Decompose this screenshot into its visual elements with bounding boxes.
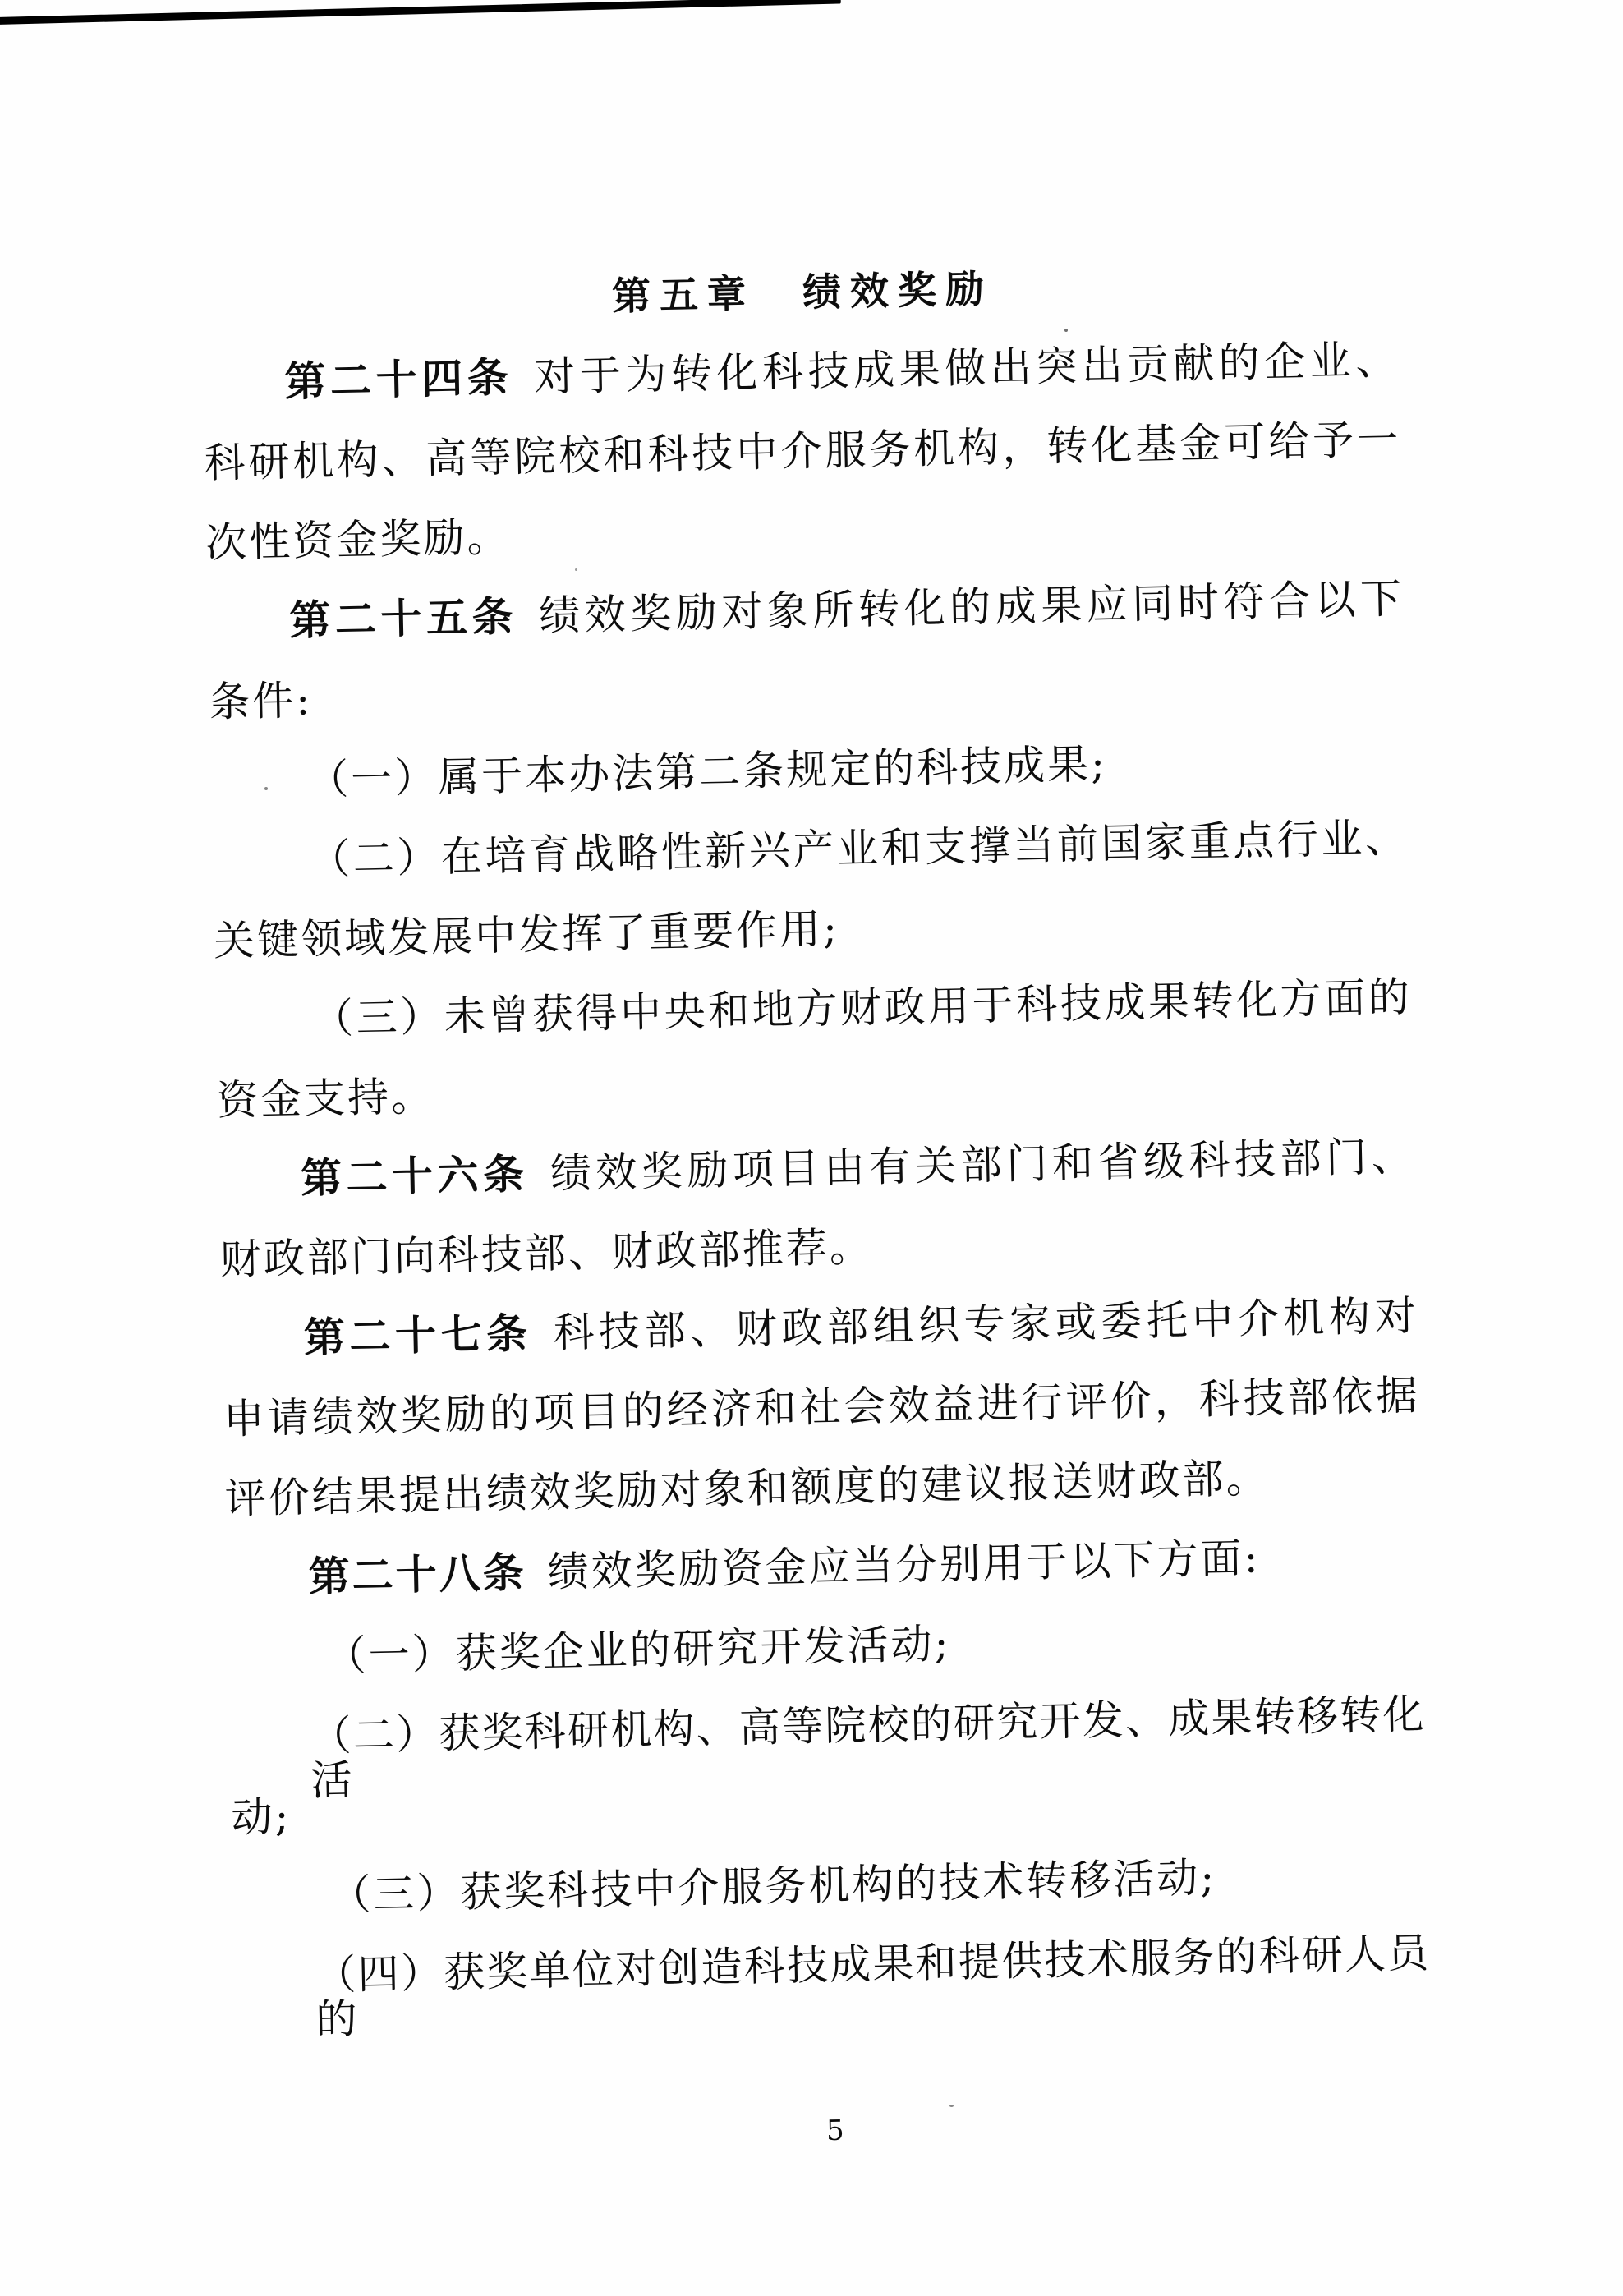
- line-text: 科技部、财政部组织专家或委托中介机构对: [553, 1292, 1417, 1357]
- line-text: 绩效奖励项目由有关部门和省级科技部门、: [549, 1133, 1414, 1198]
- line-text: （一）属于本办法第二条规定的科技成果;: [307, 740, 1108, 804]
- line-text: （一）获奖企业的研究开发活动;: [324, 1620, 951, 1680]
- line-text: 财政部门向科技部、财政部推荐。: [219, 1223, 873, 1284]
- text-line: 条件:: [209, 678, 313, 726]
- body-text: 第二十四条对于为转化科技成果做出突出贡献的企业、科研机构、高等院校和科技中介服务…: [202, 338, 1397, 361]
- line-text: 关键领域发展中发挥了重要作用;: [214, 905, 840, 965]
- text-line: 次性资金奖励。: [205, 515, 511, 567]
- article-number: 第二十七条: [303, 1309, 532, 1362]
- text-line: 第二十八条绩效奖励资金应当分别用于以下方面:: [308, 1535, 1261, 1600]
- text-line: （二）获奖科研机构、高等院校的研究开发、成果转移转化活: [310, 1691, 1425, 1760]
- text-line: 动;: [231, 1794, 292, 1841]
- article-number: 第二十五条: [289, 591, 518, 645]
- line-text: （三）未曾获得中央和地方财政用于科技成果转化方面的: [312, 973, 1411, 1043]
- text-line: 第二十七条科技部、财政部组织专家或委托中介机构对: [303, 1294, 1417, 1362]
- article-number: 第二十八条: [308, 1548, 526, 1600]
- document-content: 第五章 绩效奖励 第二十四条对于为转化科技成果做出突出贡献的企业、科研机构、高等…: [202, 338, 1435, 2275]
- line-text: （二）在培育战略性新兴产业和支撑当前国家重点行业、: [309, 814, 1408, 884]
- text-line: 评价结果提出绩效奖励对象和额度的建议报送财政部。: [224, 1456, 1270, 1523]
- line-text: 资金支持。: [216, 1073, 434, 1125]
- scanner-edge-artifact: [0, 0, 841, 25]
- line-text: 对于为转化科技成果做出突出贡献的企业、: [534, 336, 1398, 401]
- line-text: 动;: [231, 1792, 292, 1841]
- text-line: （一）属于本办法第二条规定的科技成果;: [307, 742, 1108, 804]
- scan-speck: [1064, 329, 1068, 332]
- chapter-title: 第五章 绩效奖励: [200, 260, 1396, 328]
- line-text: 申请绩效奖励的项目的经济和社会效益进行评价，科技部依据: [223, 1372, 1418, 1443]
- text-line: 关键领域发展中发挥了重要作用;: [214, 907, 840, 965]
- text-line: 财政部门向科技部、财政部推荐。: [219, 1225, 873, 1284]
- line-text: （二）获奖科研机构、高等院校的研究开发、成果转移转化活: [310, 1690, 1425, 1804]
- line-text: 次性资金奖励。: [205, 513, 511, 567]
- text-line: 资金支持。: [217, 1074, 435, 1125]
- text-line: 科研机构、高等院校和科技中介服务机构，转化基金可给予一: [204, 417, 1400, 487]
- text-line: （三）未曾获得中央和地方财政用于科技成果转化方面的: [312, 975, 1411, 1043]
- line-text: 绩效奖励对象所转化的成果应同时符合以下: [539, 575, 1403, 640]
- line-text: 评价结果提出绩效奖励对象和额度的建议报送财政部。: [224, 1454, 1270, 1523]
- text-line: 第二十四条对于为转化科技成果做出突出贡献的企业、: [284, 338, 1398, 406]
- text-line: （二）在培育战略性新兴产业和支撑当前国家重点行业、: [309, 816, 1408, 884]
- text-line: （三）获奖科技中介服务机构的技术转移活动;: [329, 1856, 1217, 1920]
- text-line: 申请绩效奖励的项目的经济和社会效益进行评价，科技部依据: [223, 1373, 1418, 1443]
- article-number: 第二十六条: [300, 1149, 529, 1203]
- text-line: 第二十五条绩效奖励对象所转化的成果应同时符合以下: [289, 577, 1403, 645]
- scanned-document-page: 第五章 绩效奖励 第二十四条对于为转化科技成果做出突出贡献的企业、科研机构、高等…: [0, 0, 1623, 2296]
- text-line: （四）获奖单位对创造科技成果和提供技术服务的科研人员的: [315, 1930, 1430, 1999]
- article-number: 第二十四条: [284, 352, 513, 406]
- page-number: 5: [237, 2096, 1433, 2165]
- text-line: （一）获奖企业的研究开发活动;: [324, 1622, 951, 1680]
- line-text: （三）获奖科技中介服务机构的技术转移活动;: [329, 1854, 1217, 1920]
- line-text: （四）获奖单位对创造科技成果和提供技术服务的科研人员的: [315, 1929, 1430, 2043]
- line-text: 条件:: [209, 676, 313, 726]
- text-line: 第二十六条绩效奖励项目由有关部门和省级科技部门、: [300, 1134, 1414, 1203]
- line-text: 绩效奖励资金应当分别用于以下方面:: [547, 1534, 1261, 1595]
- line-text: 科研机构、高等院校和科技中介服务机构，转化基金可给予一: [204, 416, 1400, 487]
